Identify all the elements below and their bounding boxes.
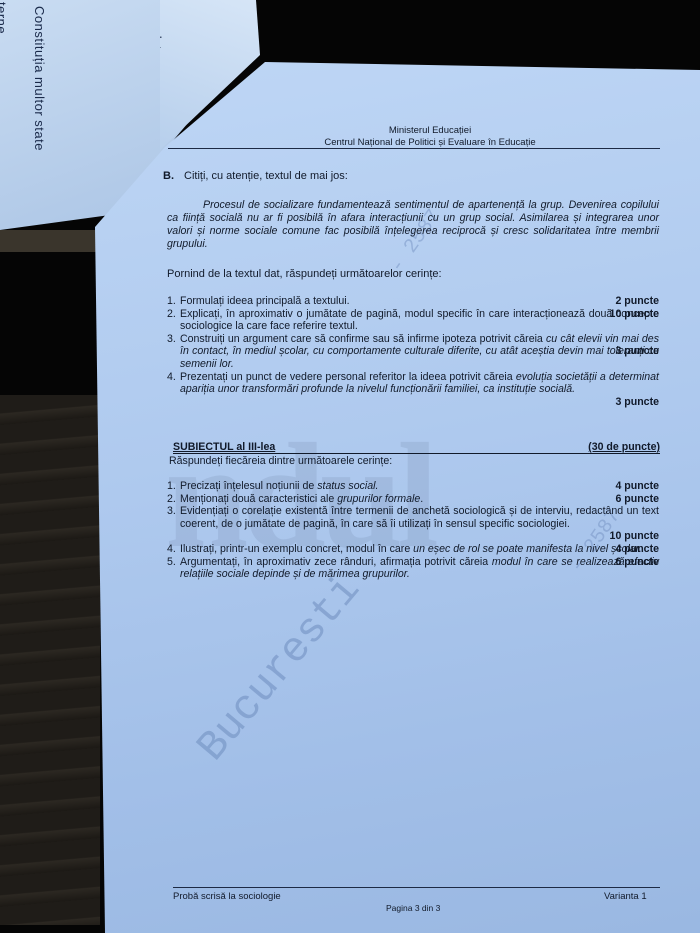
section-3-title: SUBIECTUL al III-lea (30 de puncte) bbox=[173, 441, 660, 454]
question-item: 2. 6 puncteMenționați două caracteristic… bbox=[167, 493, 659, 506]
wooden-bench-slat bbox=[0, 230, 100, 252]
section-instruction: Citiți, cu atenție, textul de mai jos: bbox=[184, 170, 348, 182]
header-divider bbox=[168, 148, 660, 149]
source-text: Procesul de socializare fundamentează se… bbox=[167, 199, 659, 251]
section-3-prompt: Răspundeți fiecăreia dintre următoarele … bbox=[169, 455, 392, 468]
question-item: 3. Evidențiați o corelație existentă înt… bbox=[167, 505, 659, 543]
section-b-heading: B.Citiți, cu atenție, textul de mai jos: bbox=[163, 170, 348, 183]
question-item: 4. Ilustrați, printr-un exemplu concret,… bbox=[167, 543, 659, 556]
points-label: 2 puncte bbox=[615, 295, 659, 308]
question-item: 5. Argumentați, în aproximativ zece rând… bbox=[167, 556, 659, 581]
points-label: 3 puncte bbox=[186, 396, 659, 409]
page-header: Ministerul Educației Centrul Național de… bbox=[300, 125, 560, 149]
points-label: 4 puncte bbox=[615, 480, 659, 493]
footer-page-number: Pagina 3 din 3 bbox=[386, 902, 440, 915]
question-item: 1. 2 puncteFormulați ideea principală a … bbox=[167, 295, 659, 308]
section-b-questions: 1. 2 puncteFormulați ideea principală a … bbox=[167, 295, 659, 408]
ministry-name: Ministerul Educației bbox=[300, 125, 560, 137]
wooden-bench-slat bbox=[0, 395, 100, 925]
question-item: 2. Explicați, în aproximativ o jumătate … bbox=[167, 308, 659, 333]
footer-exam-name: Probă scrisă la sociologie bbox=[173, 890, 281, 903]
footer-divider bbox=[173, 887, 660, 888]
footer-variant: Varianta 1 bbox=[604, 890, 647, 903]
section-b-prompt: Pornind de la textul dat, răspundeți urm… bbox=[167, 268, 442, 281]
section-label: B. bbox=[163, 170, 174, 182]
points-label: 10 puncte bbox=[186, 530, 659, 543]
question-item: 3. Construiți un argument care să confir… bbox=[167, 333, 659, 371]
question-item: 1. 4 punctePrecizați înțelesul noțiunii … bbox=[167, 480, 659, 493]
section-3-questions: 1. 4 punctePrecizați înțelesul noțiunii … bbox=[167, 480, 659, 581]
section-total-points: (30 de puncte) bbox=[588, 441, 660, 453]
background-text: terne bbox=[0, 2, 9, 34]
background-text: Constituția multor state bbox=[32, 6, 47, 151]
question-item: 4. Prezentați un punct de vedere persona… bbox=[167, 371, 659, 409]
points-label: 6 puncte bbox=[615, 493, 659, 506]
